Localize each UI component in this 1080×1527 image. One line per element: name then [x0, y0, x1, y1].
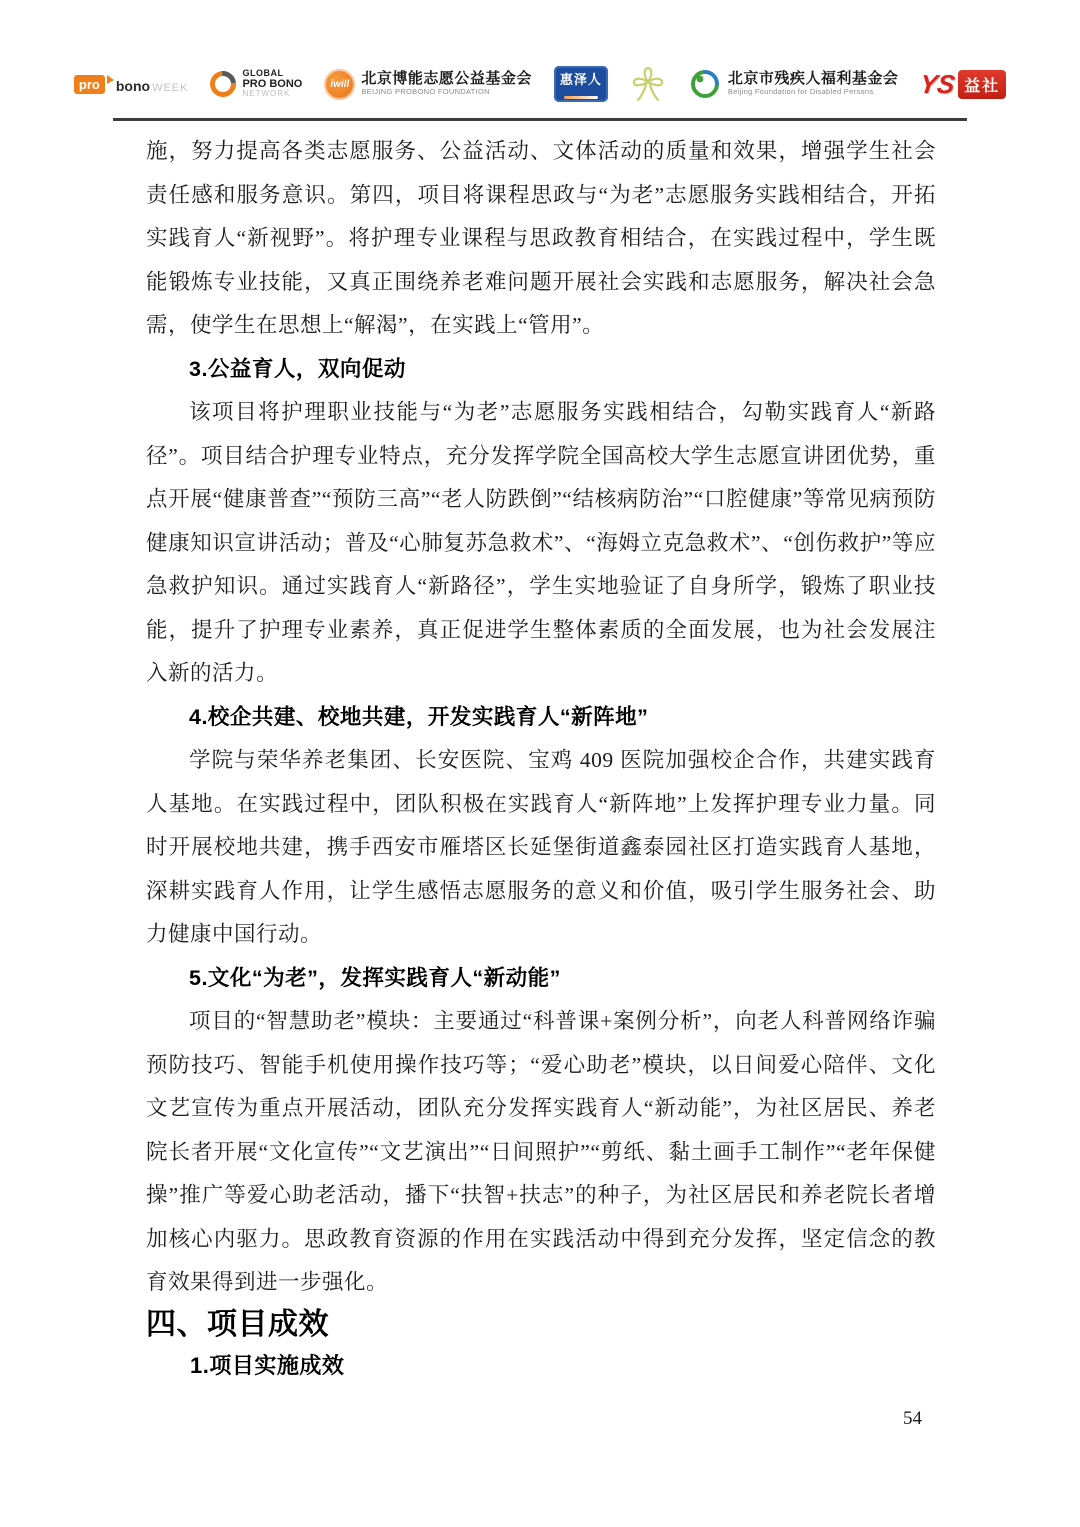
beijing-probono-foundation-text: 北京博能志愿公益基金会 BEIJING PROBONO FOUNDATION: [361, 71, 532, 97]
header-divider: [113, 118, 967, 121]
subsection-heading-4: 4.校企共建、校地共建，开发实践育人“新阵地”: [146, 696, 936, 740]
paragraph-section-5: 项目的“智慧助老”模块：主要通过“科普课+案例分析”，向老人科普网络诈骗预防技巧…: [146, 1000, 936, 1305]
flag-icon: [107, 75, 114, 84]
document-body: 施，努力提高各类志愿服务、公益活动、文体活动的质量和效果，增强学生社会责任感和服…: [146, 130, 936, 1387]
subsection-heading-5: 5.文化“为老”，发挥实践育人“新动能”: [146, 957, 936, 1001]
ys-monogram: YS: [919, 71, 957, 97]
ys-yishe-logo: YS 益社: [920, 70, 1006, 99]
paragraph-section-3: 该项目将护理职业技能与“为老”志愿服务实践相结合，勾勒实践育人“新路径”。项目结…: [146, 391, 936, 696]
probono-foundation-en: BEIJING PROBONO FOUNDATION: [361, 88, 532, 97]
logo-row: pro bono WEEK GLOBAL PRO BONO NETWORK iw…: [113, 58, 967, 110]
page-number: 54: [903, 1408, 922, 1430]
pro-bono-week-logo: pro bono WEEK: [74, 75, 189, 94]
section-heading-4: 四、项目成效: [146, 1305, 936, 1344]
global-pro-bono-network-text: GLOBAL PRO BONO NETWORK: [242, 69, 302, 98]
pro-bono-week-pro-badge: pro: [74, 75, 105, 94]
global-pro-bono-network-logo: GLOBAL PRO BONO NETWORK: [210, 69, 302, 98]
paragraph-section-4: 学院与荣华养老集团、长安医院、宝鸡 409 医院加强校企合作，共建实践育人基地。…: [146, 739, 936, 957]
beijing-probono-foundation-logo: iwill 北京博能志愿公益基金会 BEIJING PROBONO FOUNDA…: [324, 69, 532, 100]
yishe-badge: 益社: [958, 70, 1006, 99]
huizeren-logo: 惠泽人: [554, 66, 608, 102]
open-ring-icon: [205, 66, 242, 103]
document-page: pro bono WEEK GLOBAL PRO BONO NETWORK iw…: [0, 0, 1080, 1527]
disabled-foundation-cn: 北京市残疾人福利基金会: [728, 71, 899, 88]
disabled-foundation-en: Beijing Foundation for Disabled Persons: [728, 88, 899, 97]
disabled-foundation-text: 北京市残疾人福利基金会 Beijing Foundation for Disab…: [728, 71, 899, 97]
iwill-circle-icon: iwill: [324, 69, 355, 100]
probono-foundation-cn: 北京博能志愿公益基金会: [361, 71, 532, 88]
gpb-line3: NETWORK: [242, 90, 302, 98]
subsection-heading-3: 3.公益育人，双向促动: [146, 348, 936, 392]
pro-bono-week-week-text: WEEK: [152, 82, 188, 94]
subsection-heading-1: 1.项目实施成效: [146, 1344, 936, 1388]
pro-bono-week-bono-text: bono: [116, 78, 150, 94]
swoosh-icon: [564, 96, 598, 99]
beijing-foundation-disabled-logo: 北京市残疾人福利基金会 Beijing Foundation for Disab…: [688, 67, 899, 101]
page-header: pro bono WEEK GLOBAL PRO BONO NETWORK iw…: [113, 58, 967, 121]
clover-person-icon: [630, 64, 666, 104]
huizeren-text: 惠泽人: [560, 69, 602, 88]
paragraph-continuation: 施，努力提高各类志愿服务、公益活动、文体活动的质量和效果，增强学生社会责任感和服…: [146, 130, 936, 348]
